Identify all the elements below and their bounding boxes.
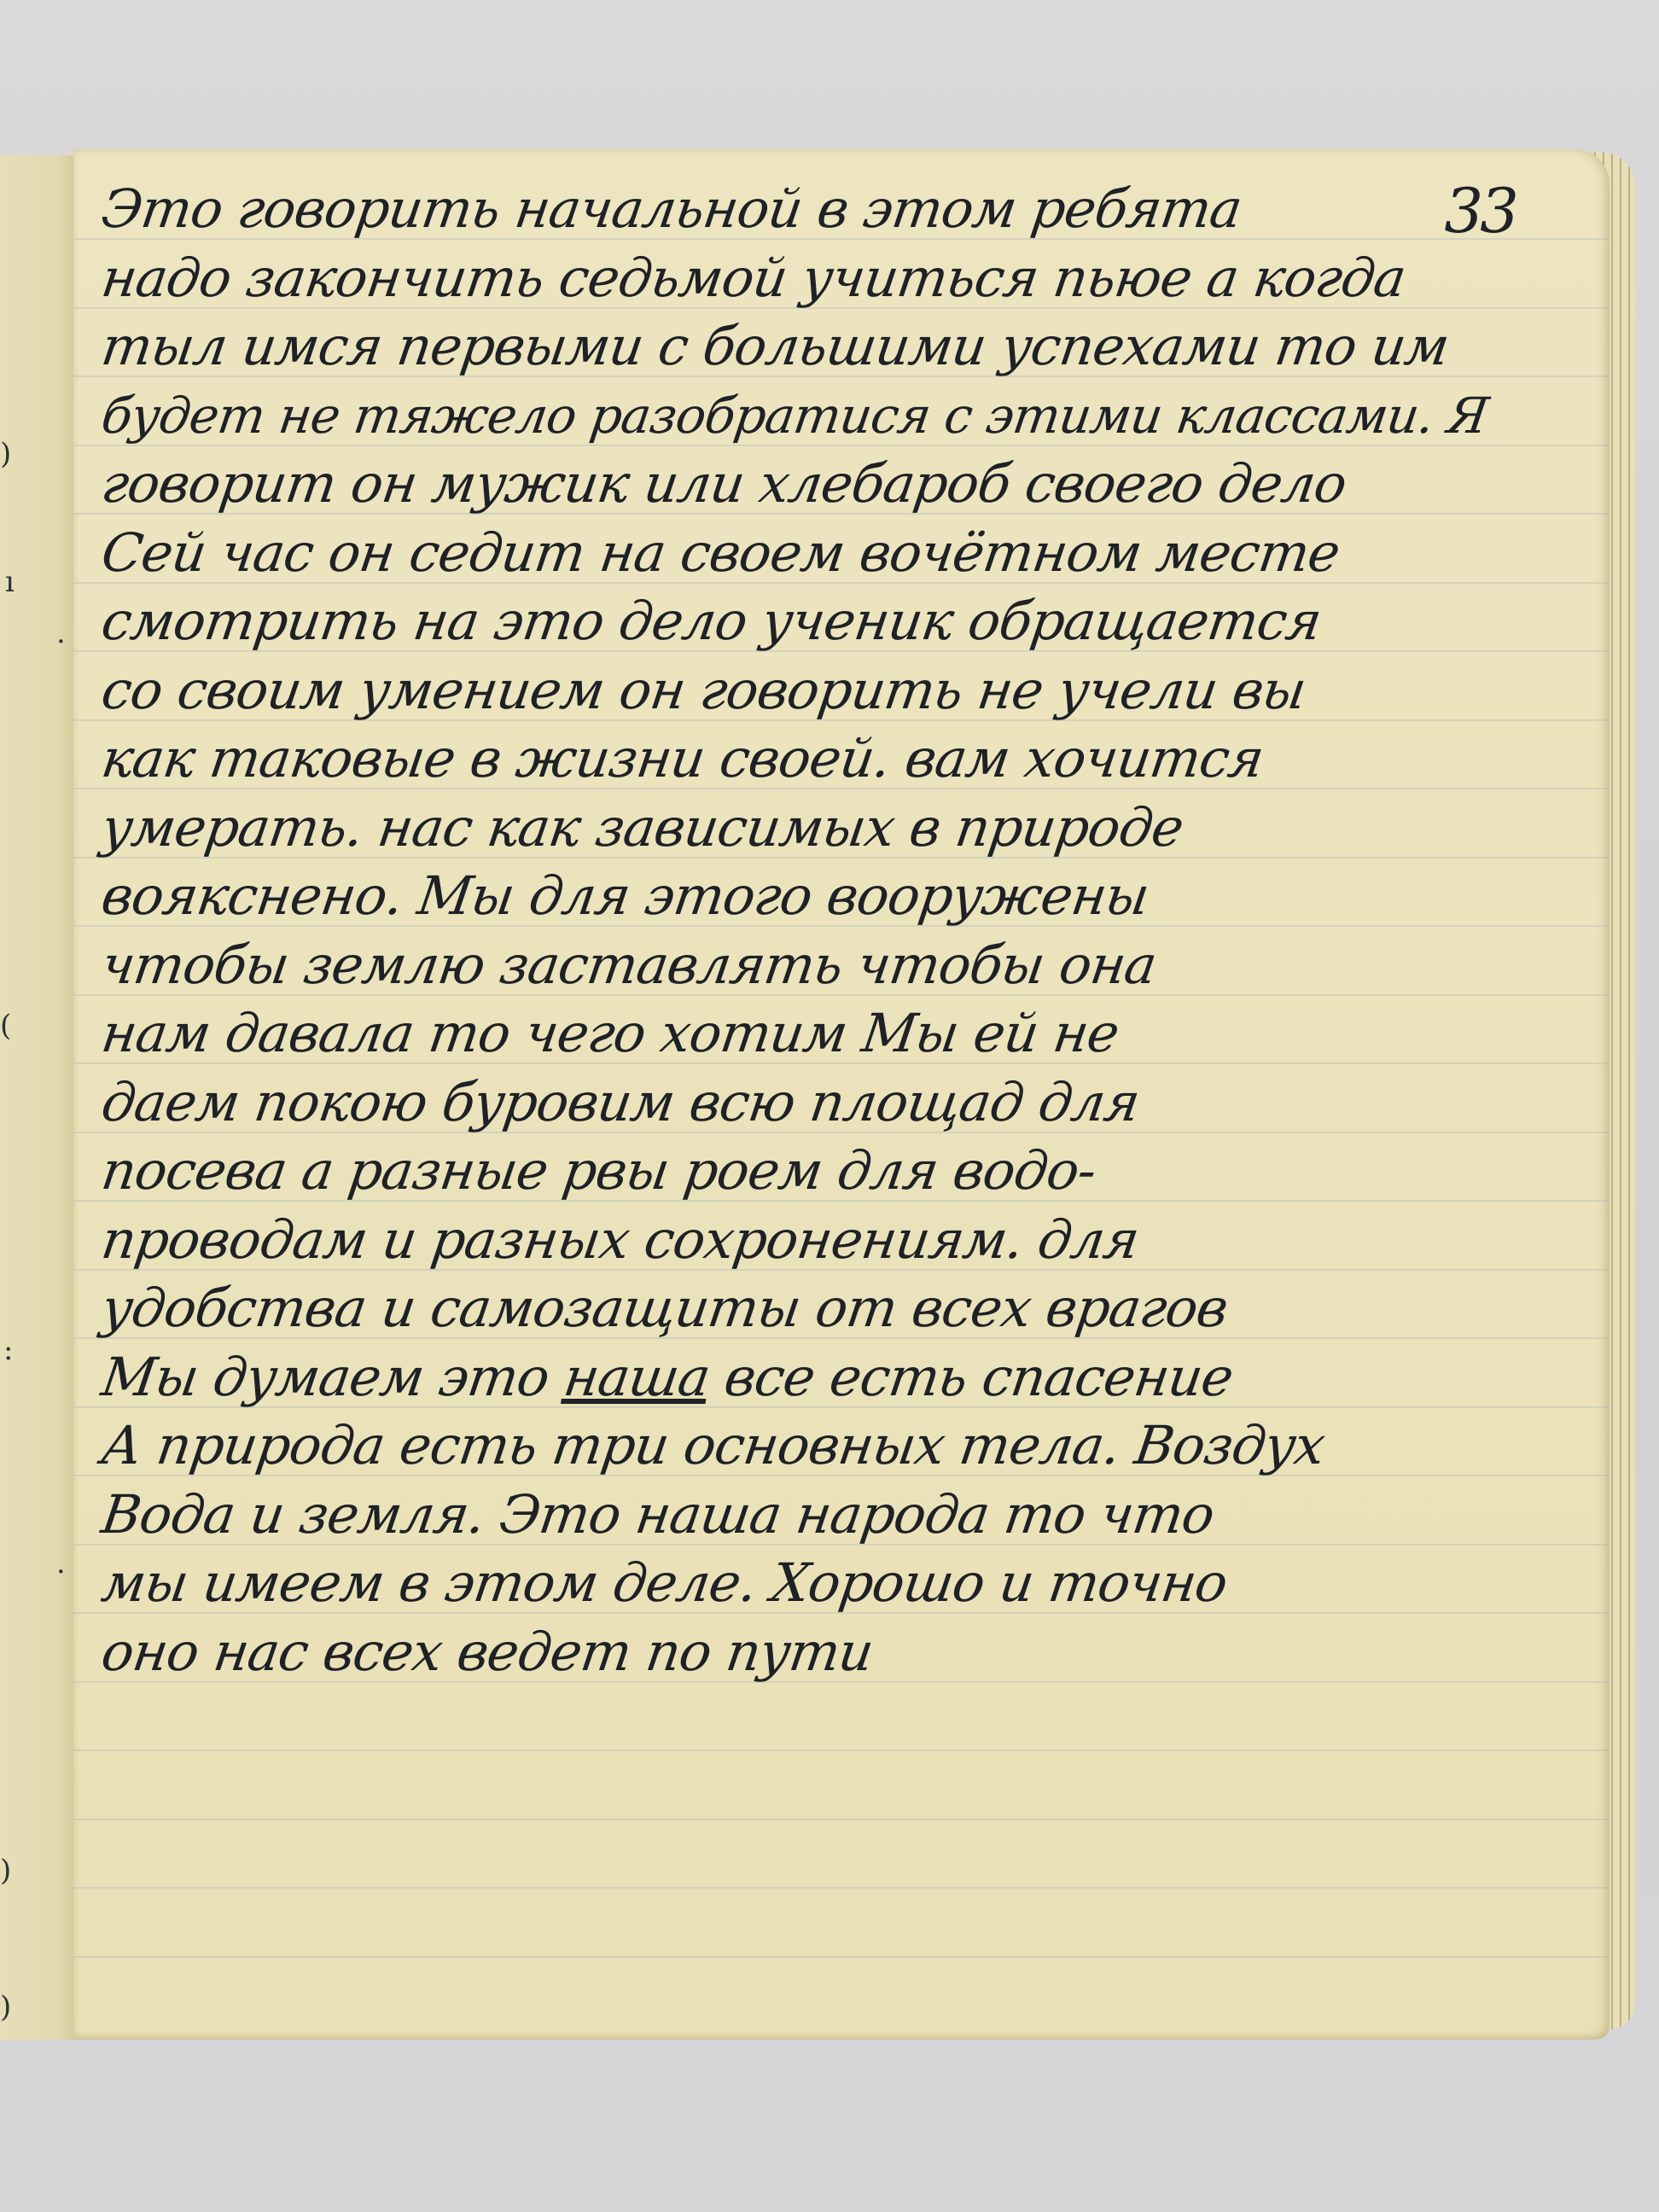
margin-fragment: :: [3, 1333, 13, 1367]
margin-fragment: ): [0, 437, 11, 471]
text-line: говорит он мужик или хлебароб своего дел…: [97, 450, 1540, 519]
scan-background: ) ı . ( : · ) ) 33: [0, 0, 1659, 2212]
ruled-line: [73, 1887, 1610, 1889]
text-line: мы имеем в этом деле. Хорошо и точно: [97, 1549, 1540, 1618]
text-line: Мы думаем это наша все есть спасение: [97, 1343, 1540, 1412]
text-line: посева а разные рвы роем для водо-: [97, 1137, 1540, 1206]
underlined-word: наша: [560, 1346, 713, 1408]
margin-fragment: (: [0, 1009, 11, 1043]
text-line: Это говорить начальной в этом ребята: [97, 175, 1540, 244]
text-line: оно нас всех ведет по пути: [97, 1618, 1540, 1687]
text-line: нам давала то чего хотим Мы ей не: [97, 999, 1540, 1068]
text-line: даем покою буровим всю площад для: [97, 1068, 1540, 1138]
notebook-page: 33 Это говорить начальной в этом ребята …: [73, 149, 1610, 2040]
ruled-line: [73, 1749, 1610, 1751]
text-line: А природа есть три основных тела. Воздух: [97, 1412, 1540, 1481]
text-line: умерать. нас как зависимых в природе: [97, 794, 1540, 863]
margin-fragment: .: [56, 616, 66, 650]
text-line: тыл имся первыми с большими успехами то …: [97, 312, 1540, 381]
ruled-line: [73, 1819, 1610, 1820]
text-line: Сей час он седит на своем вочётном месте: [97, 519, 1540, 588]
left-page-edge: ) ı . ( : · ) ): [0, 155, 75, 2040]
text-line: Вода и земля. Это наша народа то что: [97, 1481, 1540, 1550]
ruled-line: [73, 1956, 1610, 1958]
text-line: будет не тяжело разобратися с этими клас…: [97, 381, 1540, 451]
margin-fragment: ·: [56, 1555, 66, 1589]
text-line: надо закончить седьмой учиться пьюе а ко…: [97, 244, 1540, 313]
text-line: удобства и самозащиты от всех врагов: [97, 1274, 1540, 1343]
text-line: проводам и разных сохронениям. для: [97, 1206, 1540, 1275]
text-line: со своим умением он говорить не учели вы: [97, 656, 1540, 725]
text-line: чтобы землю заставлять чтобы она: [97, 931, 1540, 1000]
text-line: смотрить на это дело ученик обращается: [97, 587, 1540, 656]
margin-fragment: ): [0, 1990, 11, 2024]
margin-fragment: ): [0, 1854, 11, 1888]
text-line: как таковые в жизни своей. вам хочится: [97, 725, 1540, 794]
text-line: воякснено. Мы для этого вооружены: [97, 862, 1540, 931]
margin-fragment: ı: [5, 565, 15, 599]
handwritten-text: Это говорить начальной в этом ребята над…: [97, 175, 1531, 1686]
